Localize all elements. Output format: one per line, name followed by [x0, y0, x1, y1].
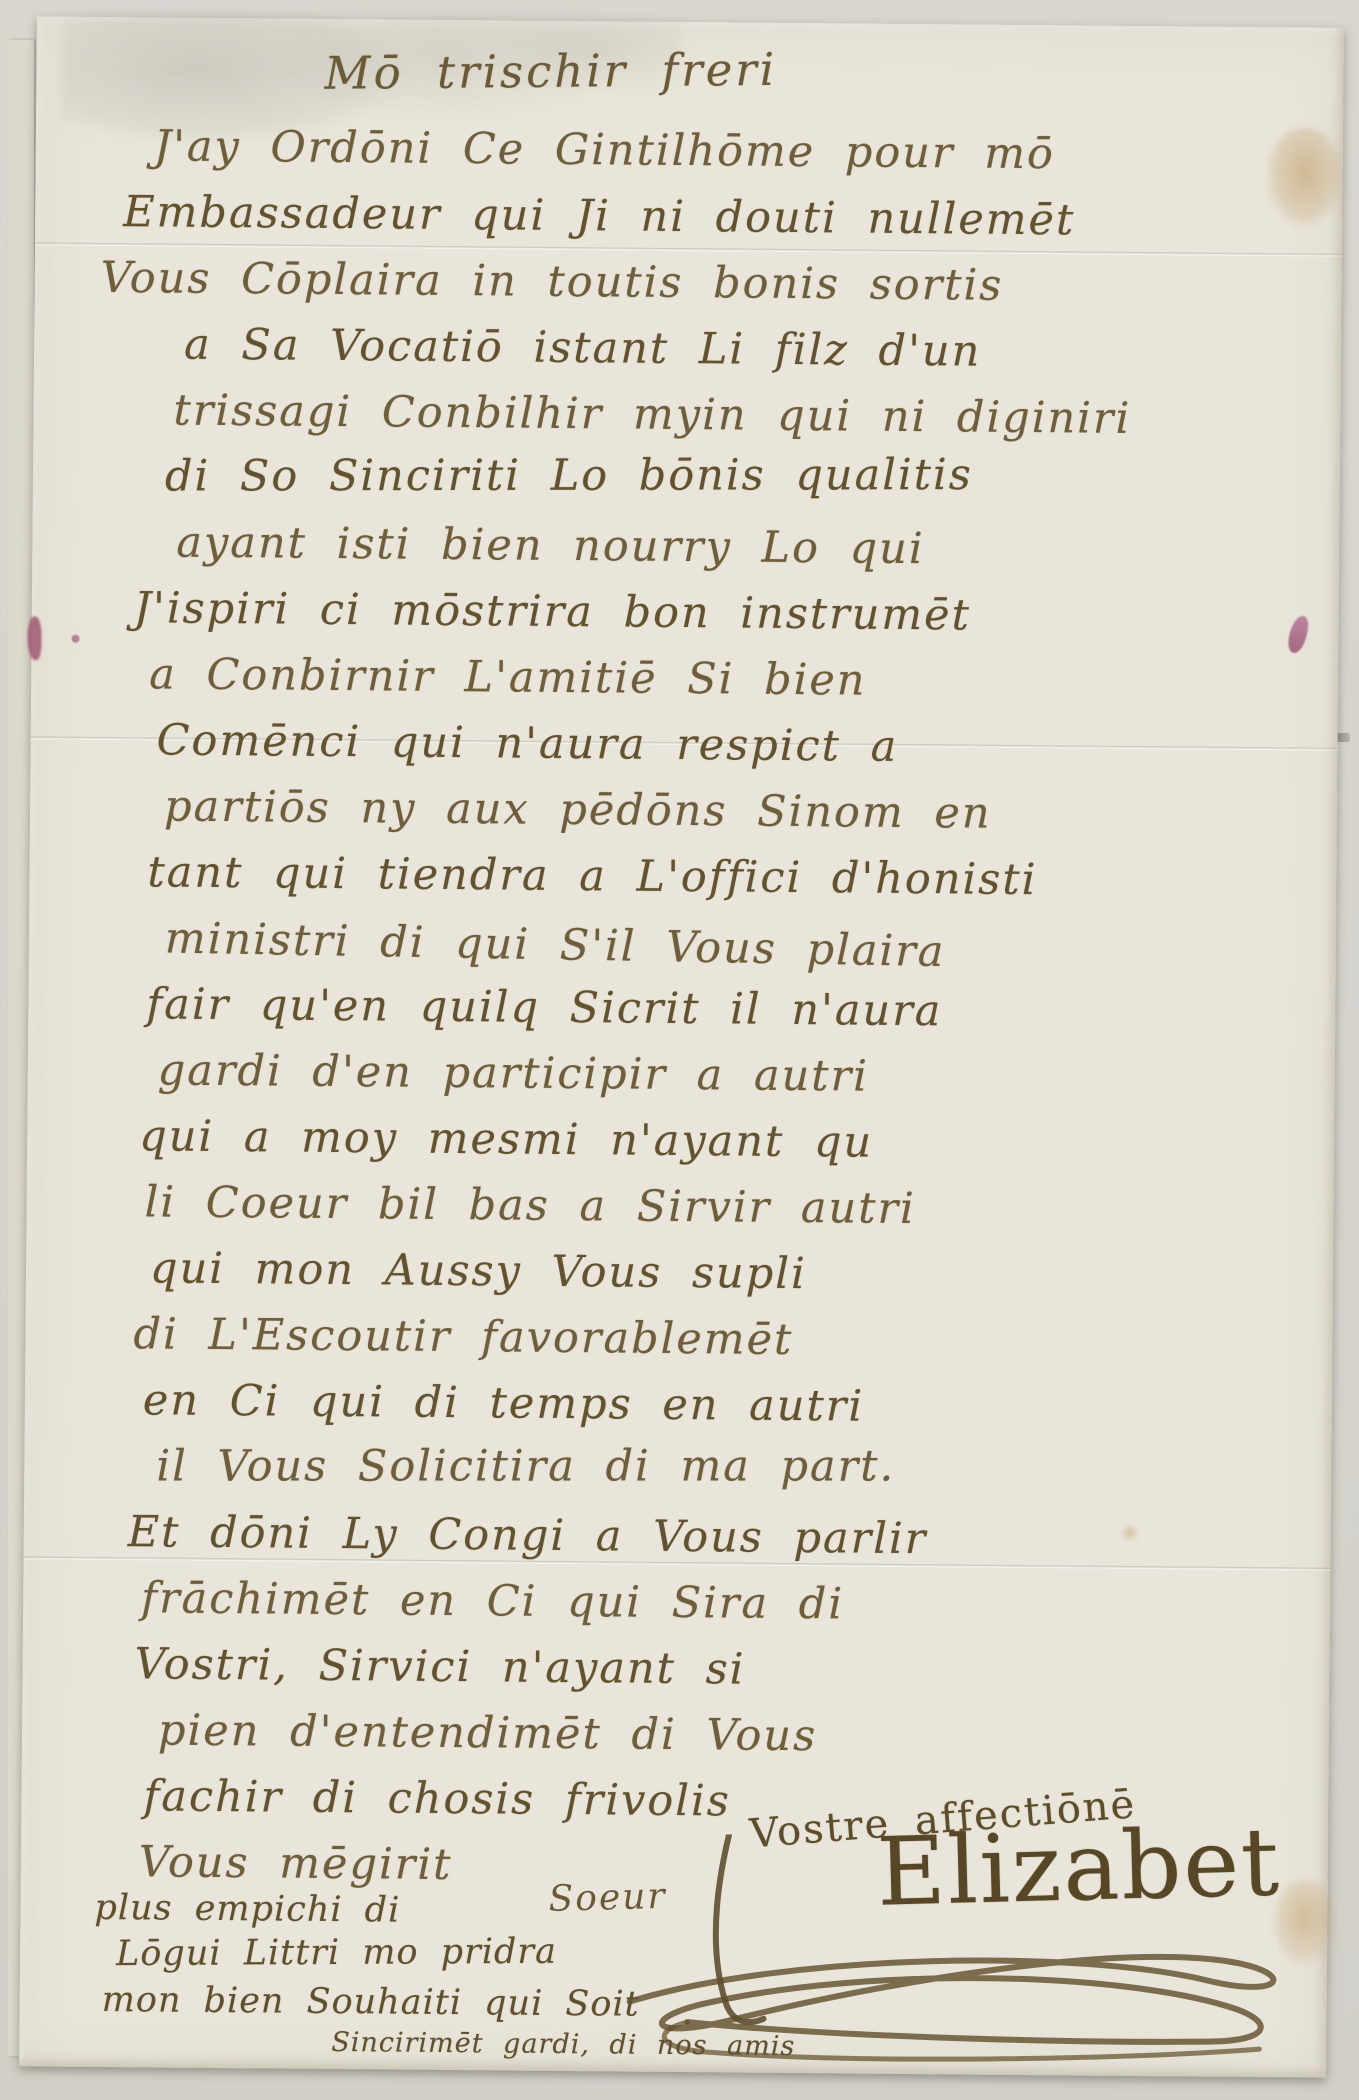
letter-line: pien d'entendimēt di Vous — [158, 1697, 1261, 1773]
letter-line: Vous Cōplaira in toutis bonis sortis — [100, 245, 1273, 321]
letter-line: Lōgui Littri mo pridra — [116, 1928, 714, 1977]
letter-line: frāchimēt en Ci qui Sira di — [141, 1565, 1262, 1641]
letter-line: Et dōni Ly Congi a Vous parlir — [127, 1499, 1262, 1575]
letter-line: partiōs ny aux pēdōns Sinom en — [164, 773, 1269, 849]
letter-line: mon bien Souhaiti qui Soit — [101, 1977, 713, 2028]
wax-speck-left — [72, 635, 80, 643]
letter-line: li Coeur bil bas a Sirvir autri — [144, 1169, 1265, 1245]
postscript: plus empichi diLōgui Littri mo pridramon… — [93, 1885, 714, 2064]
letter-line: Sincirimēt gardi, di nos amis — [331, 2025, 713, 2064]
letter-page: Mō trischir freri J'ay Ordōni Ce Gintilh… — [19, 16, 1344, 2077]
letter-line: a Sa Vocatiō istant Li filz d'un — [184, 312, 1273, 387]
letter-line: di So Sinciriti Lo bōnis qualitis — [165, 442, 1271, 510]
letter-line: a Conbirnir L'amitiē Si bien — [149, 641, 1270, 717]
letter-line: Comēnci qui n'aura respict a — [156, 707, 1269, 783]
letter-line: J'ispiri ci mōstrira bon instrumēt — [134, 575, 1271, 651]
letter-line: gardi d'en participir a autri — [157, 1037, 1266, 1113]
letter-line: tant qui tiendra a L'offici d'honisti — [147, 839, 1268, 915]
letter-body: J'ay Ordōni Ce Gintilhōme pour mōEmbassa… — [139, 113, 1275, 1905]
letter-line: Vostri, Sirvici n'ayant si — [134, 1631, 1261, 1707]
letter-line: Embassadeur qui Ji ni douti nullemēt — [123, 179, 1274, 255]
letter-line: qui mon Aussy Vous supli — [150, 1235, 1265, 1311]
letter-line: qui a moy mesmi n'ayant qu — [139, 1103, 1266, 1179]
letter-line: J'ay Ordōni Ce Gintilhōme pour mō — [154, 113, 1275, 189]
photo-background: Mō trischir freri J'ay Ordōni Ce Gintilh… — [0, 0, 1359, 2100]
letter-line: ayant isti bien nourry Lo qui — [176, 510, 1271, 586]
letter-line: en Ci qui di temps en autri — [143, 1367, 1264, 1443]
salutation: Mō trischir freri — [324, 43, 777, 100]
letter-line: il Vous Solicitira di ma part. — [156, 1433, 1262, 1499]
letter-line: di L'Escoutir favorablemēt — [133, 1301, 1264, 1377]
wax-residue-right — [1286, 614, 1311, 655]
foxing-spot-top-right — [1265, 127, 1344, 228]
